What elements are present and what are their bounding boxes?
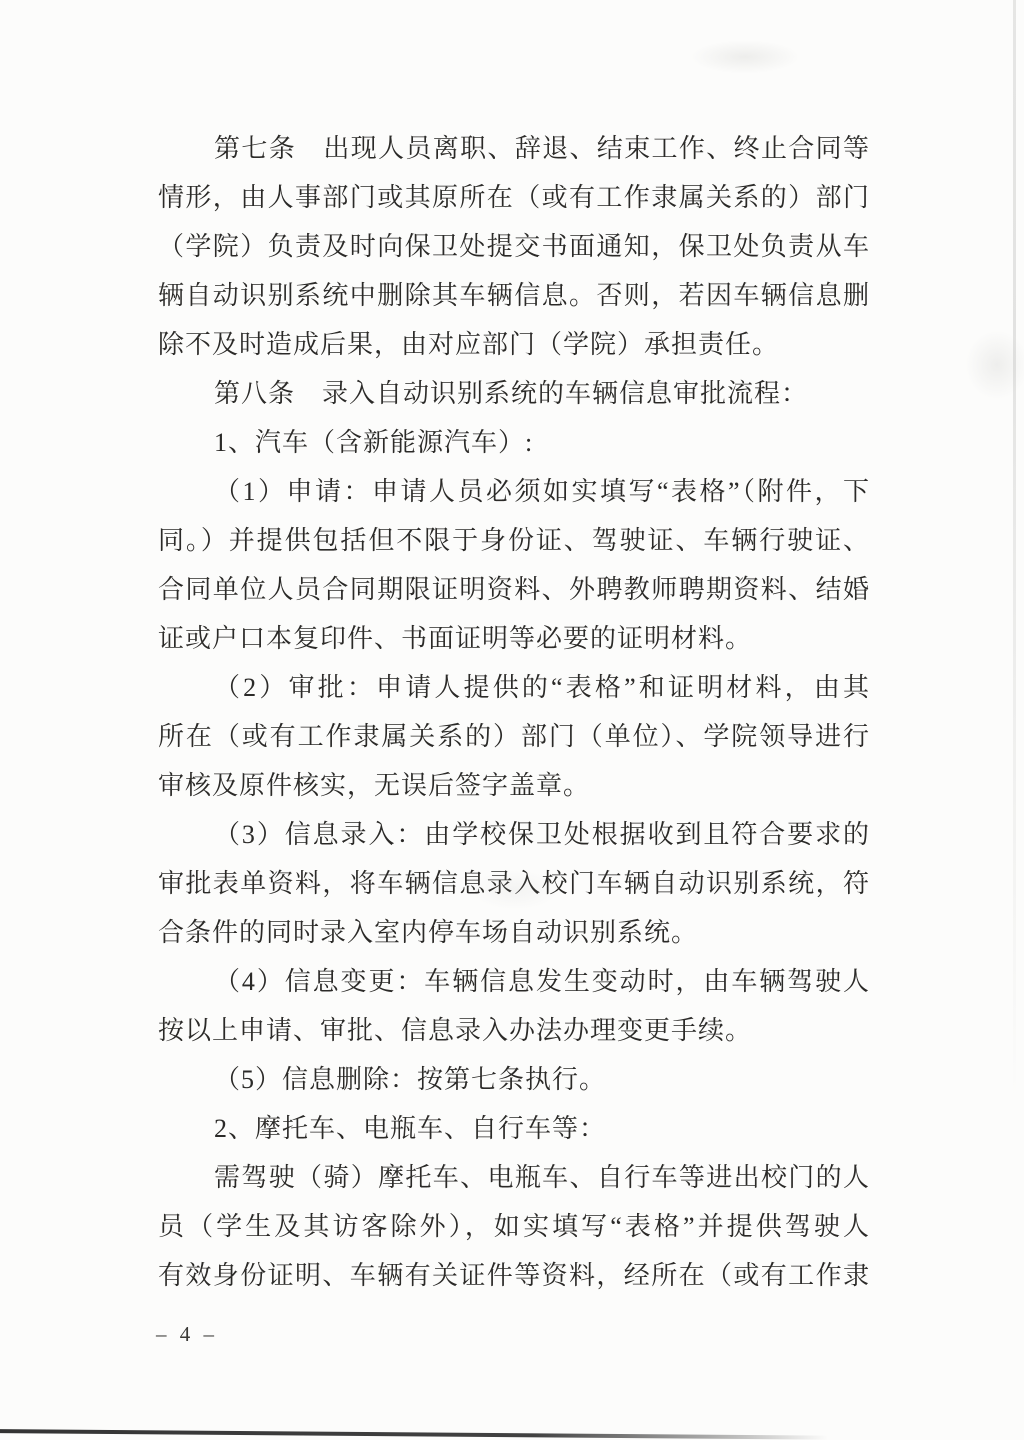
text-line: 审核及原件核实，无误后签字盖章。 bbox=[158, 761, 870, 810]
text-line: 合条件的同时录入室内停车场自动识别系统。 bbox=[158, 908, 870, 957]
text-line: 合同单位人员合同期限证明资料、外聘教师聘期资料、结婚 bbox=[158, 565, 870, 614]
text-line: 1、汽车（含新能源汽车）: bbox=[158, 418, 870, 467]
text-line: 第七条 出现人员离职、辞退、结束工作、终止合同等 bbox=[158, 124, 870, 173]
text-line: 情形，由人事部门或其原所在（或有工作隶属关系的）部门 bbox=[158, 173, 870, 222]
text-line: 需驾驶（骑）摩托车、电瓶车、自行车等进出校门的人 bbox=[158, 1153, 870, 1202]
text-line: 2、摩托车、电瓶车、自行车等： bbox=[158, 1104, 870, 1153]
text-line: （2）审批：申请人提供的“表格”和证明材料，由其 bbox=[158, 663, 870, 712]
text-line: （学院）负责及时向保卫处提交书面通知，保卫处负责从车 bbox=[158, 222, 870, 271]
text-line: 除不及时造成后果，由对应部门（学院）承担责任。 bbox=[158, 320, 870, 369]
document-body-text: 第七条 出现人员离职、辞退、结束工作、终止合同等 情形，由人事部门或其原所在（或… bbox=[158, 124, 870, 1300]
text-line: 所在（或有工作隶属关系的）部门（单位）、学院领导进行 bbox=[158, 712, 870, 761]
scan-smudge bbox=[690, 40, 800, 74]
text-line: （1）申请：申请人员必须如实填写“表格”（附件，下 bbox=[158, 467, 870, 516]
text-line: 按以上申请、审批、信息录入办法办理变更手续。 bbox=[158, 1006, 870, 1055]
page-edge-shadow bbox=[1013, 0, 1016, 1100]
text-line: （4）信息变更：车辆信息发生变动时，由车辆驾驶人 bbox=[158, 957, 870, 1006]
text-line: 审批表单资料，将车辆信息录入校门车辆自动识别系统，符 bbox=[158, 859, 870, 908]
text-line: 有效身份证明、车辆有关证件等资料，经所在（或有工作隶 bbox=[158, 1251, 870, 1300]
page-number: – 4 – bbox=[156, 1322, 218, 1347]
scan-edge-line bbox=[0, 1429, 828, 1440]
text-line: 员（学生及其访客除外），如实填写“表格”并提供驾驶人 bbox=[158, 1202, 870, 1251]
text-line: 同。）并提供包括但不限于身份证、驾驶证、车辆行驶证、 bbox=[158, 516, 870, 565]
text-line: 辆自动识别系统中删除其车辆信息。否则，若因车辆信息删 bbox=[158, 271, 870, 320]
text-line: （5）信息删除：按第七条执行。 bbox=[158, 1055, 870, 1104]
text-line: 第八条 录入自动识别系统的车辆信息审批流程： bbox=[158, 369, 870, 418]
text-line: 证或户口本复印件、书面证明等必要的证明材料。 bbox=[158, 614, 870, 663]
text-line: （3）信息录入：由学校保卫处根据收到且符合要求的 bbox=[158, 810, 870, 859]
document-page: 第七条 出现人员离职、辞退、结束工作、终止合同等 情形，由人事部门或其原所在（或… bbox=[0, 0, 1024, 1440]
